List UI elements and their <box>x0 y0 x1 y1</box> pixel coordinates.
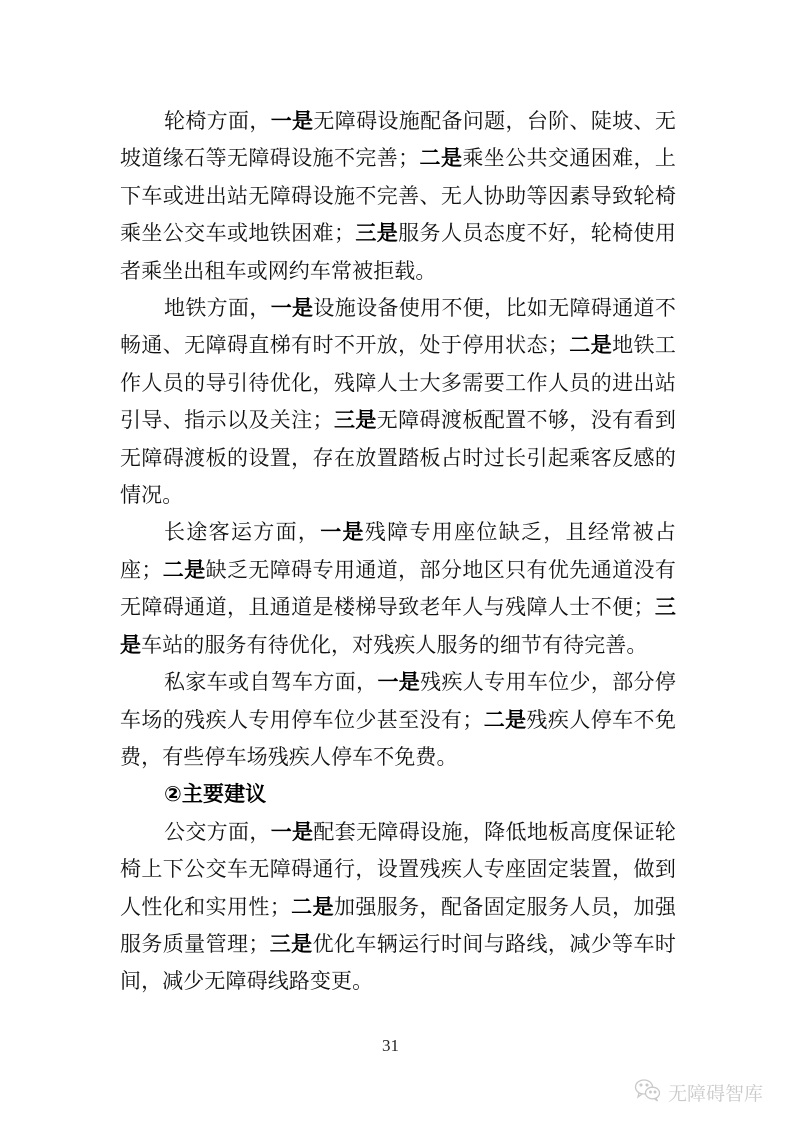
bold-marker: 二是 <box>291 895 334 919</box>
bold-marker: 二是 <box>569 333 612 357</box>
bold-marker: 一是 <box>377 670 420 694</box>
text-segment: 长途客运方面， <box>164 520 320 544</box>
bold-marker: 三是 <box>334 408 377 432</box>
bold-marker: 一是 <box>271 109 314 133</box>
document-body: 轮椅方面，一是无障碍设施配备问题，台阶、陡坡、无坡道缘石等无障碍设施不完善；二是… <box>120 103 676 1001</box>
heading-text: ②主要建议 <box>164 782 266 806</box>
bold-marker: 一是 <box>320 520 365 544</box>
bold-marker: 三是 <box>269 932 312 956</box>
watermark-label: 无障碍智库 <box>668 1079 763 1106</box>
bold-marker: 二是 <box>419 146 462 170</box>
paragraph-wheelchair: 轮椅方面，一是无障碍设施配备问题，台阶、陡坡、无坡道缘石等无障碍设施不完善；二是… <box>120 103 676 290</box>
paragraph-long-distance: 长途客运方面，一是残障专用座位缺乏，且经常被占座；二是缺乏无障碍专用通道，部分地… <box>120 514 676 664</box>
bold-marker: 二是 <box>483 708 526 732</box>
page-number: 31 <box>382 1036 399 1056</box>
bold-marker: 一是 <box>271 296 314 320</box>
bold-marker: 三是 <box>355 221 398 245</box>
paragraph-private-car: 私家车或自驾车方面，一是残疾人专用车位少，部分停车场的残疾人专用停车位少甚至没有… <box>120 664 676 776</box>
text-segment: 私家车或自驾车方面， <box>164 670 377 694</box>
text-segment: 轮椅方面， <box>164 109 271 133</box>
paragraph-bus-suggestions: 公交方面，一是配套无障碍设施，降低地板高度保证轮椅上下公交车无障碍通行，设置残疾… <box>120 814 676 1001</box>
text-segment: 公交方面， <box>164 820 271 844</box>
section-heading: ②主要建议 <box>120 776 676 813</box>
bold-marker: 一是 <box>271 820 314 844</box>
wechat-icon <box>634 1078 662 1107</box>
watermark: 无障碍智库 <box>634 1078 763 1107</box>
bold-marker: 二是 <box>163 558 206 582</box>
paragraph-subway: 地铁方面，一是设施设备使用不便，比如无障碍通道不畅通、无障碍直梯有时不开放，处于… <box>120 290 676 514</box>
text-segment: 车站的服务有待优化，对残疾人服务的细节有待完善。 <box>141 633 647 657</box>
text-segment: 地铁方面， <box>164 296 271 320</box>
